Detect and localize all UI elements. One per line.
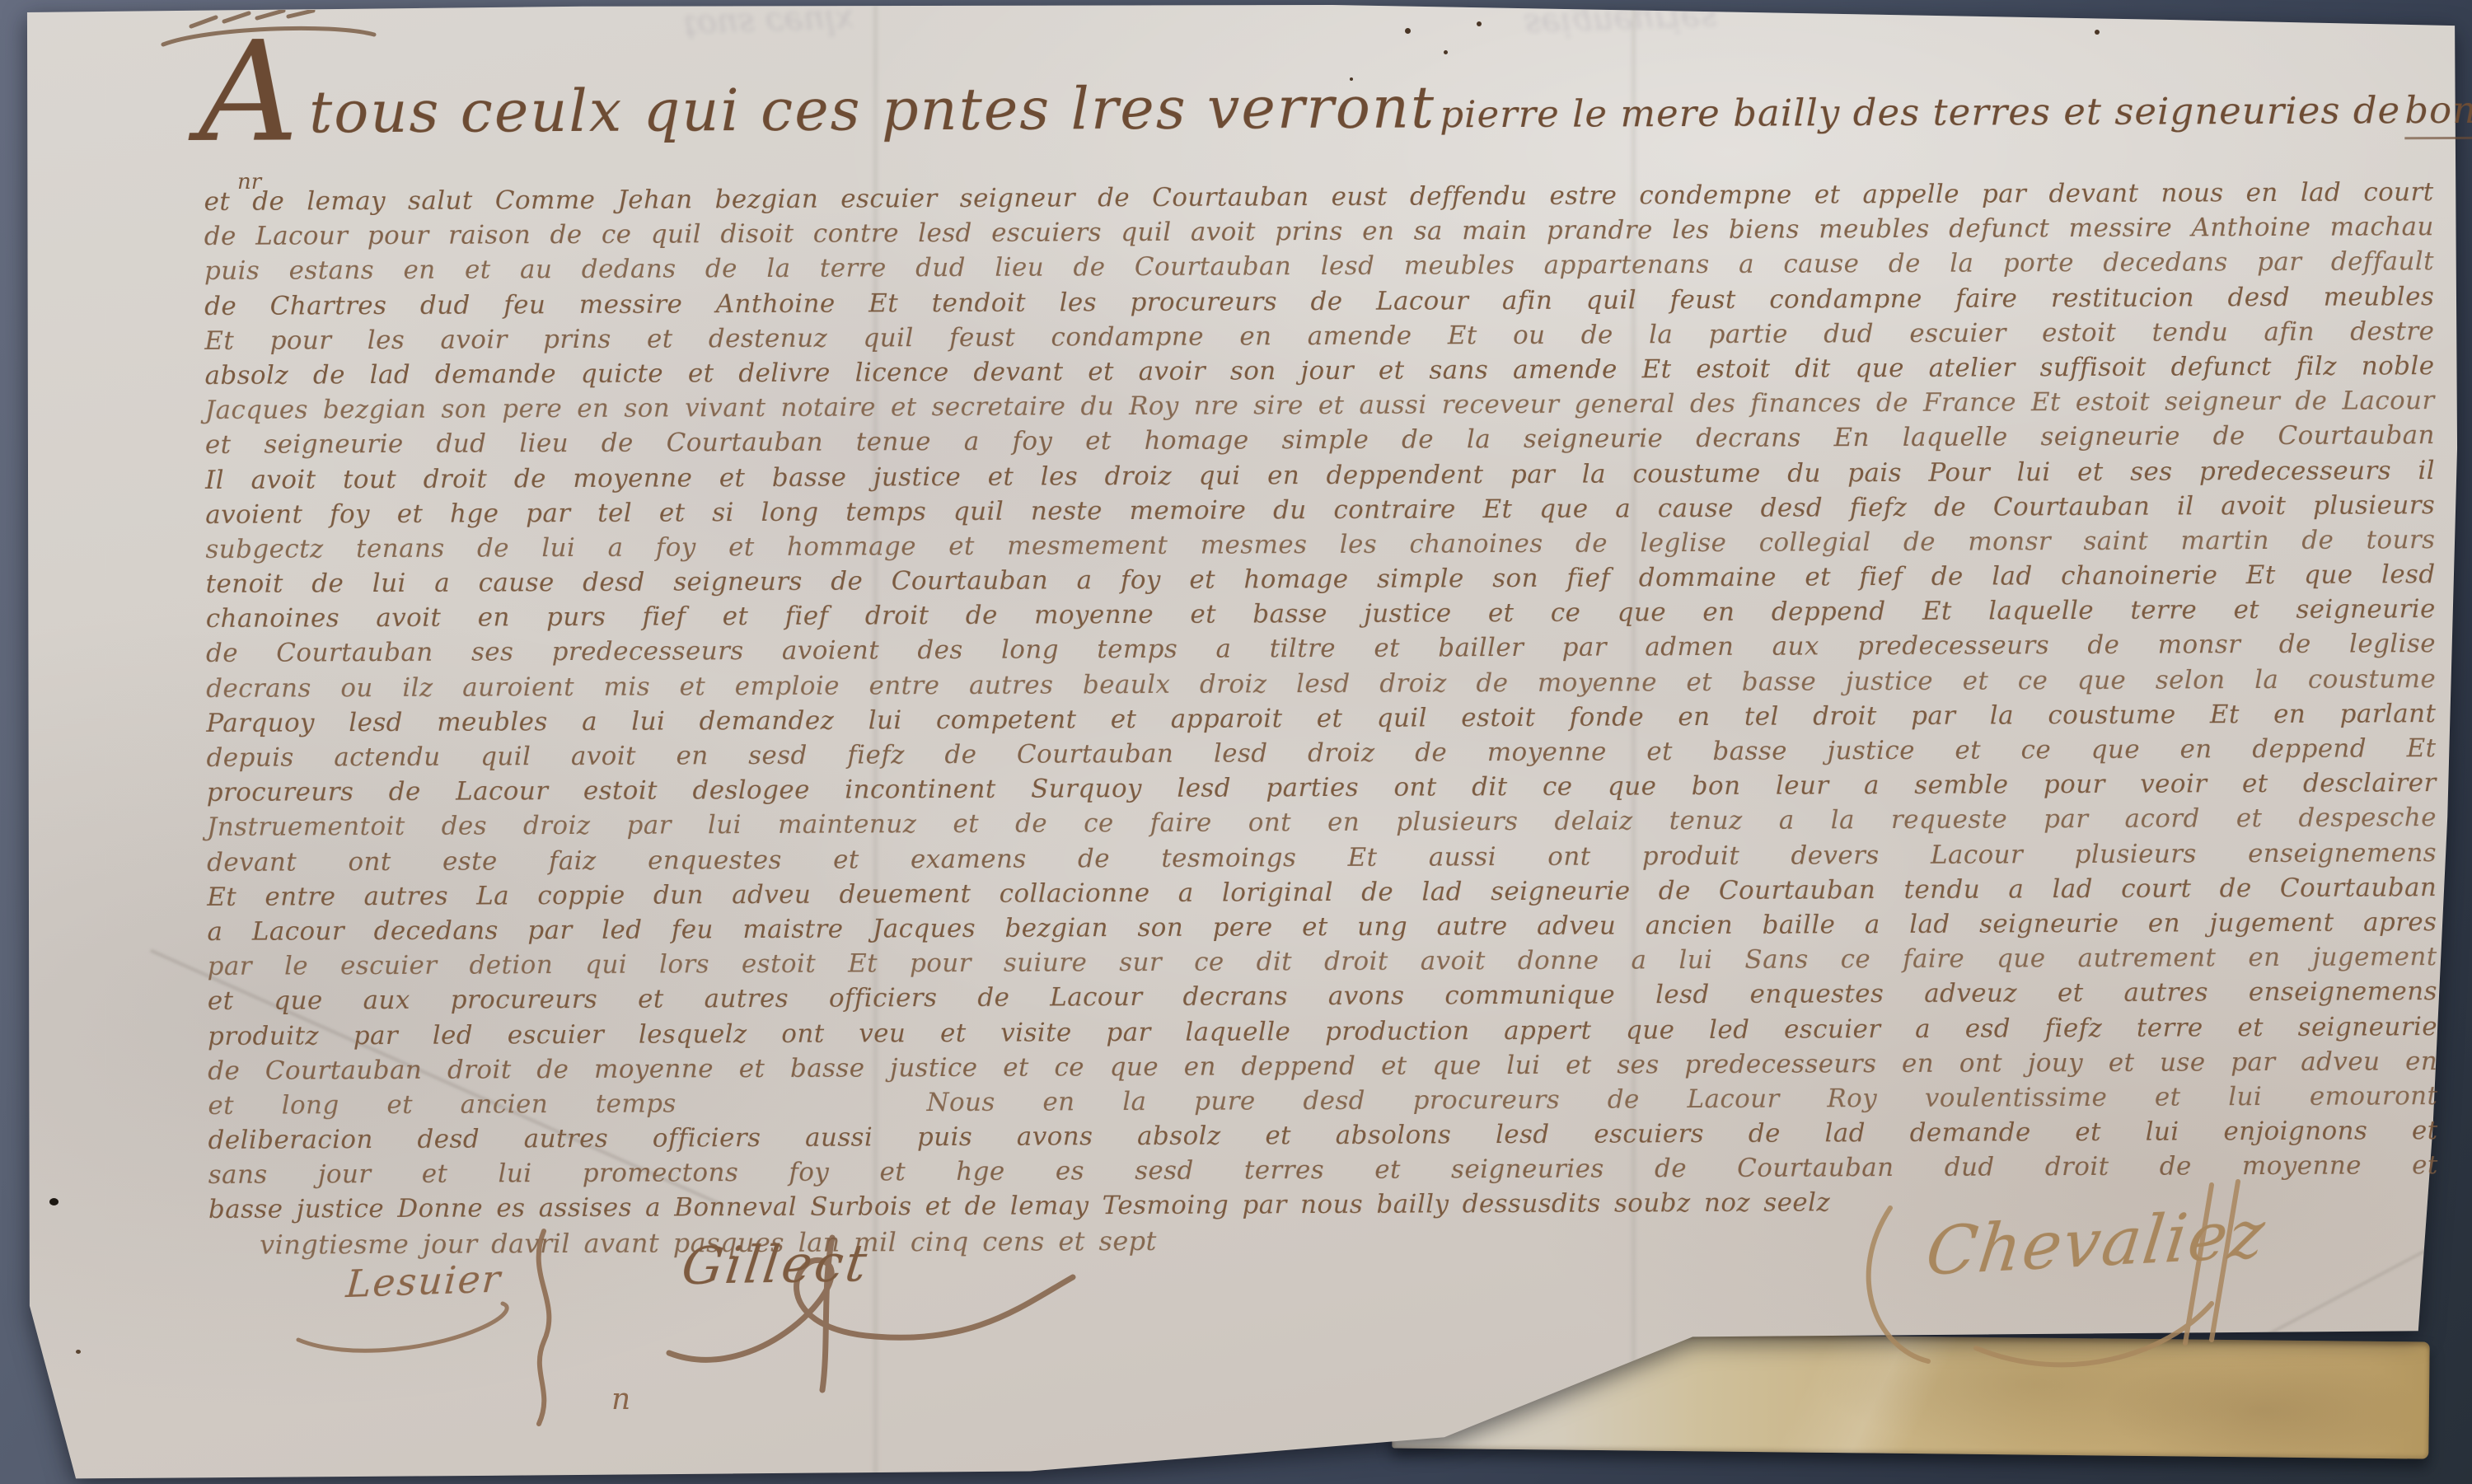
heading-opening: tous ceulx qui ces pntes lres verront: [309, 73, 1435, 146]
charter-heading: A tous ceulx qui ces pntes lres verront …: [204, 41, 2434, 176]
ink-speck: [1477, 21, 1482, 26]
ink-offset-ghost: seigneuries: [1524, 0, 1717, 44]
signature-right-flourish: [1852, 1178, 2314, 1384]
ink-offset-ghost: tous ceulx: [683, 2, 854, 45]
signature-small-mark: n: [611, 1383, 630, 1416]
pen-trial-crosshatch: [157, 10, 387, 68]
signature-middle-flourish: [659, 1229, 1104, 1402]
manuscript-lines: et de lemay salut Comme Jehan bezgian es…: [204, 175, 2439, 1262]
ink-blot: [49, 1198, 59, 1205]
photo-of-parchment-charter: { "scene": { "description": "Photograph …: [0, 0, 2472, 1484]
manuscript-text-block: A tous ceulx qui ces pntes lres verront …: [204, 41, 2438, 1262]
ink-speck: [1405, 28, 1411, 34]
ink-speck: [76, 1350, 81, 1354]
signature-left-paraph: [493, 1226, 600, 1432]
ink-speck: [2095, 30, 2100, 35]
heading-place-underlined: bonneval surbois: [2404, 87, 2472, 139]
heading-continuation: pierre le mere bailly des terres et seig…: [1440, 88, 2400, 136]
